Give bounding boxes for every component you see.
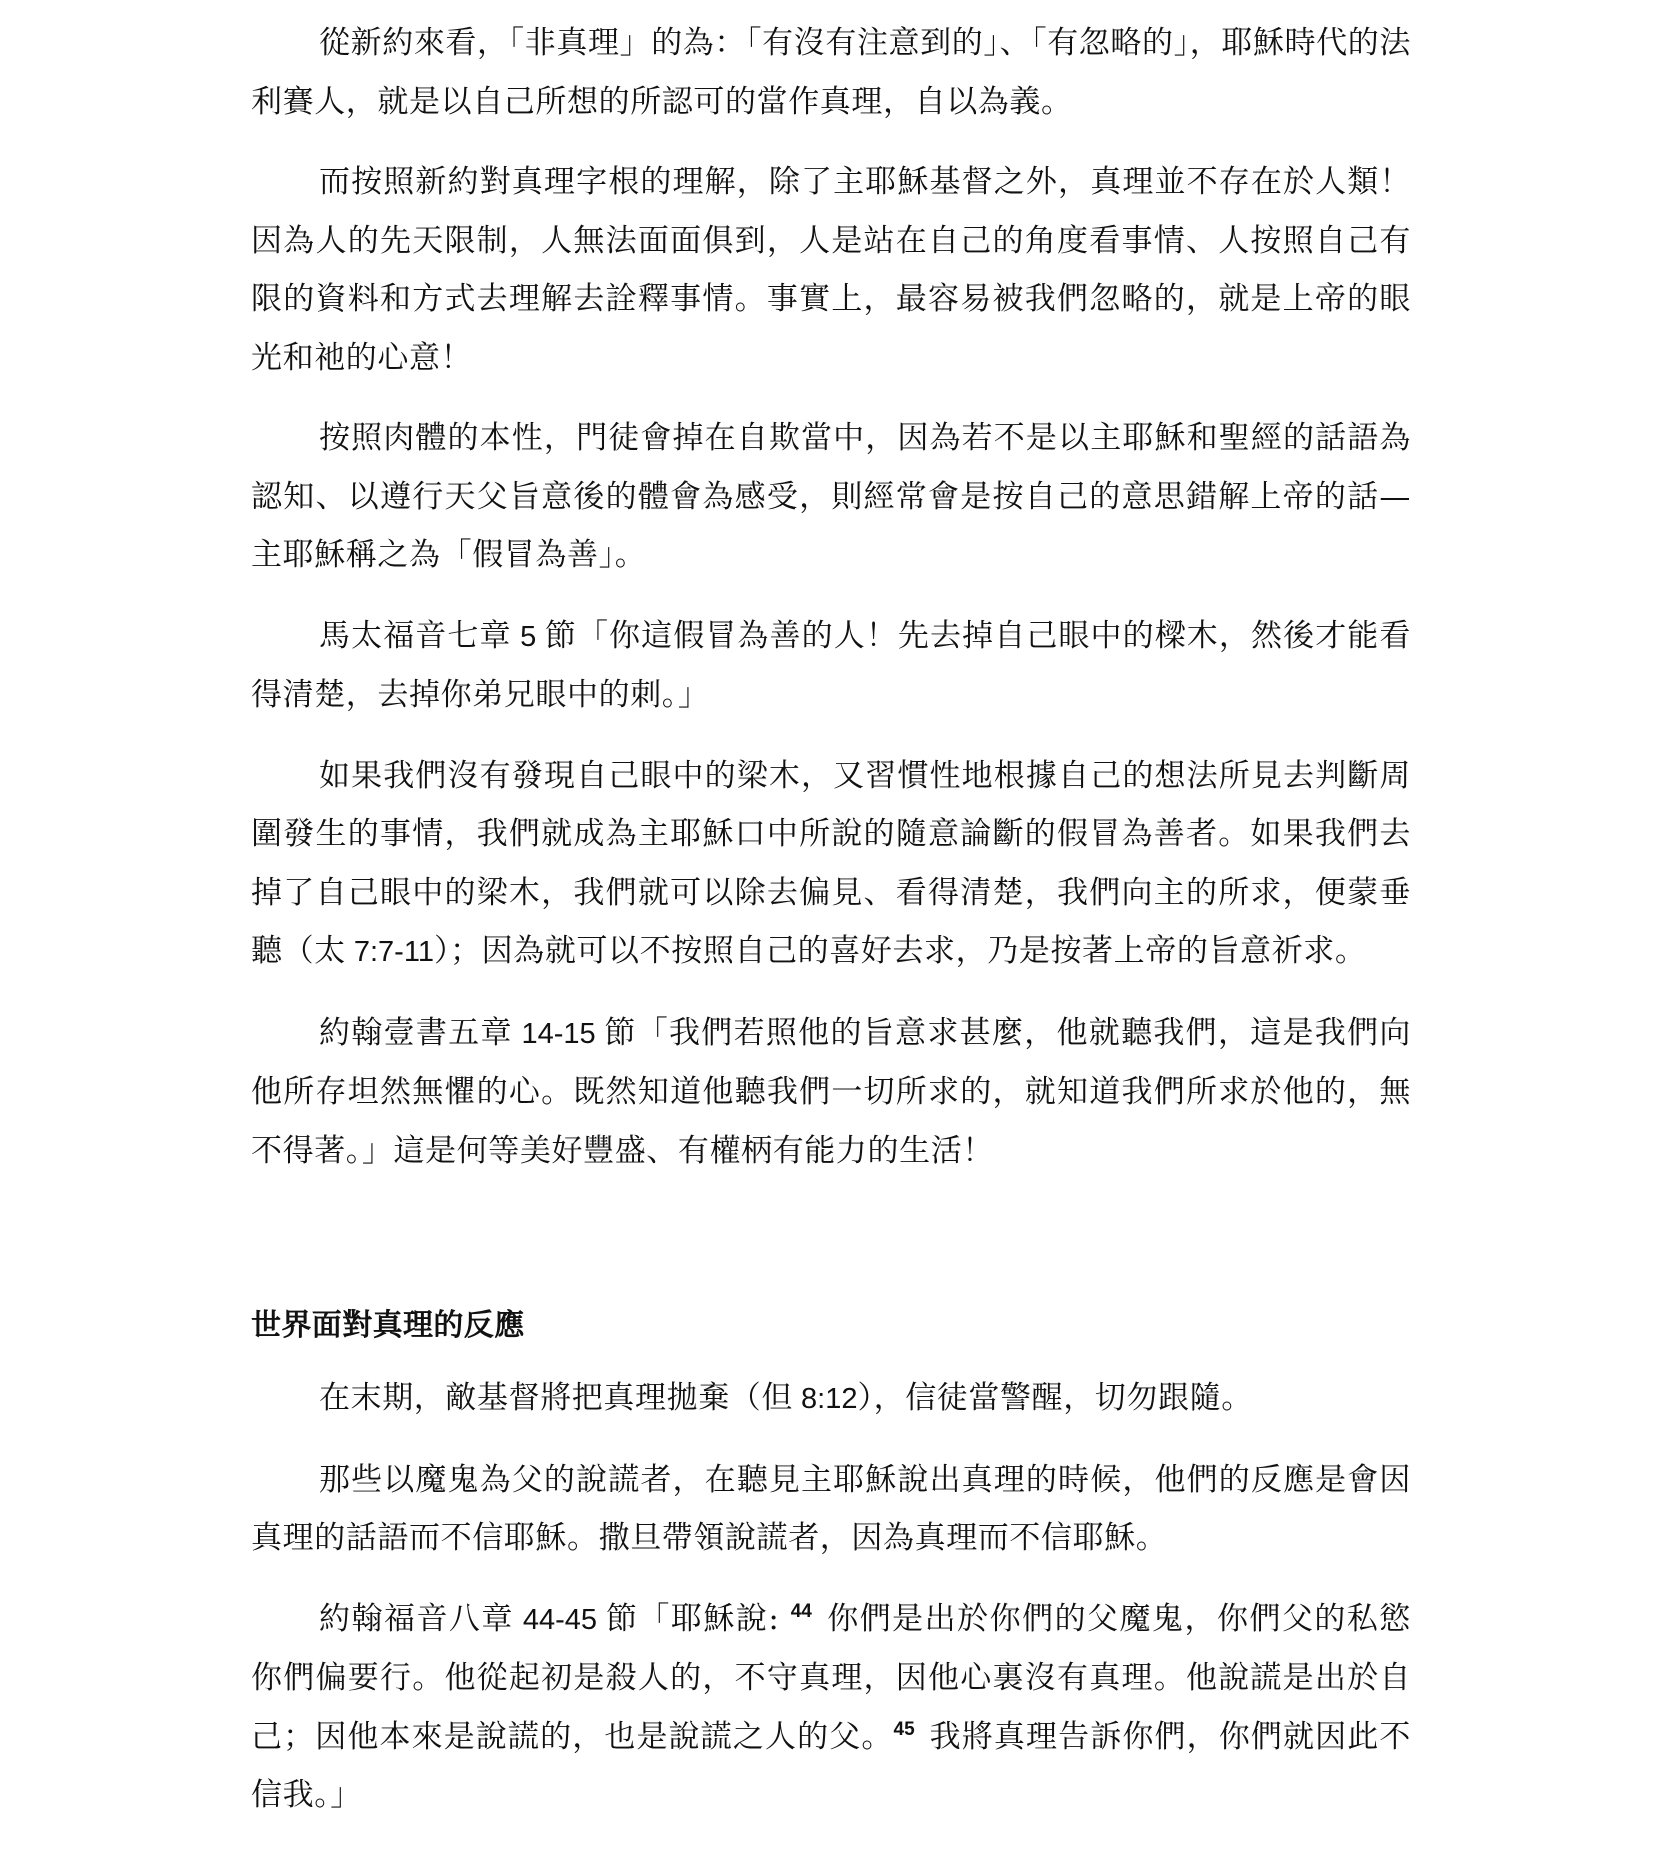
paragraph-text: 約翰壹書五章 <box>319 1015 513 1051</box>
section-heading: 世界面對真理的反應 <box>251 1297 1411 1355</box>
paragraph-1john-5-14: 約翰壹書五章 14-15 節「我們若照他的旨意求甚麼，他就聽我們，這是我們向他所… <box>251 1004 1411 1181</box>
verse-reference: 7:7-11 <box>346 936 434 968</box>
verse-number: 44 <box>791 1601 812 1622</box>
paragraph-beam-in-eye: 如果我們沒有發現自己眼中的梁木，又習慣性地根據自己的想法所見去判斷周圍發生的事情… <box>251 747 1411 982</box>
paragraph-text: 在末期，敵基督將把真理拋棄（但 <box>319 1380 793 1416</box>
verse-number: 45 <box>894 1719 915 1740</box>
paragraph-john-8-44: 約翰福音八章 44-45 節「耶穌說: 44 你們是出於你們的父魔鬼，你們父的私… <box>251 1590 1411 1825</box>
paragraph-text: ）；因為就可以不按照自己的喜好去求，乃是按著上帝的旨意祈求。 <box>434 933 1367 969</box>
paragraph-non-truth: 從新約來看，「非真理」的為：「有沒有注意到的」、「有忽略的」，耶穌時代的法利賽人… <box>251 14 1411 131</box>
verse-reference: 44-45 <box>514 1604 606 1636</box>
paragraph-flesh-nature: 按照肉體的本性，門徒會掉在自欺當中，因為若不是以主耶穌和聖經的話語為認知、以遵行… <box>251 409 1411 585</box>
paragraph-matthew-7-5: 馬太福音七章 5 節「你這假冒為善的人！先去掉自己眼中的樑木，然後才能看得清楚，… <box>251 607 1411 725</box>
paragraph-liars: 那些以魔鬼為父的說謊者，在聽見主耶穌說出真理的時候，他們的反應是會因真理的話語而… <box>251 1451 1411 1568</box>
verse-reference: 5 <box>512 621 545 653</box>
document-page: 從新約來看，「非真理」的為：「有沒有注意到的」、「有忽略的」，耶穌時代的法利賽人… <box>251 14 1411 1825</box>
paragraph-antichrist: 在末期，敵基督將把真理拋棄（但 8:12），信徒當警醒，切勿跟隨。 <box>251 1369 1411 1429</box>
paragraph-text: 約翰福音八章 <box>319 1601 514 1637</box>
paragraph-text: ），信徒當警醒，切勿跟隨。 <box>858 1380 1253 1416</box>
verse-reference: 14-15 <box>513 1018 605 1050</box>
paragraph-text: 馬太福音七章 <box>319 618 512 654</box>
verse-reference: 8:12 <box>793 1383 858 1415</box>
paragraph-truth-root: 而按照新約對真理字根的理解，除了主耶穌基督之外，真理並不存在於人類！因為人的先天… <box>251 153 1411 387</box>
paragraph-text: 節「耶穌說: <box>606 1601 791 1637</box>
